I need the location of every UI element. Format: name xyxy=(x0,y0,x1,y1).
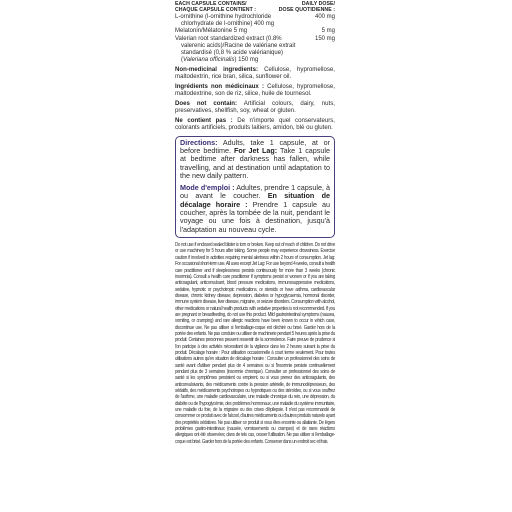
ingredient-name: Melatonin/Mélatonine 5 mg xyxy=(175,28,322,35)
does-not-contain: Does not contain: Artificial colours, da… xyxy=(175,101,335,115)
ingredient-name: L-ornithine (l-ornithine hydrochloride xyxy=(175,14,315,21)
ingredient-dose: 150 mg xyxy=(315,36,335,43)
ne-contient-pas: Ne contient pas : De n'importe quel cons… xyxy=(175,118,335,132)
ingredient-name: Valerian root standardized extract (0.8% xyxy=(175,36,315,43)
header-left: EACH CAPSULE CONTAINS/ CHAQUE CAPSULE CO… xyxy=(175,1,256,13)
ingredient-name-continued: valerenic acids)/Racine de valériane ext… xyxy=(175,43,335,50)
header-right: DAILY DOSE/ DOSE QUOTIDIENNE : xyxy=(279,1,335,13)
header-dose-quotidienne: DOSE QUOTIDIENNE : xyxy=(279,7,335,13)
supplement-label: EACH CAPSULE CONTAINS/ CHAQUE CAPSULE CO… xyxy=(175,0,335,445)
ingredient-name-continued: standardisé (0,8 % acide valérianique) xyxy=(175,50,335,57)
ingredient-row-ornithine: L-ornithine (l-ornithine hydrochloride 4… xyxy=(175,14,335,28)
ingredient-dose: 400 mg xyxy=(315,14,335,21)
header-chaque-capsule-contient: CHAQUE CAPSULE CONTIENT : xyxy=(175,7,256,13)
directions-box: Directions: Adults, take 1 capsule, at o… xyxy=(175,136,335,238)
latin-name-suffix: ) 150 mg xyxy=(234,57,258,63)
ingredient-dose: 5 mg xyxy=(322,28,335,35)
warnings-text: Do not use if enclosed sealed blister is… xyxy=(175,242,335,445)
non-medicinal-en: Non-medicinal ingredients: Cellulose, hy… xyxy=(175,67,335,81)
ingredient-latin-name: (Valeriana officinalis) 150 mg xyxy=(175,57,335,64)
non-medicinal-fr: Ingrédients non médicinaux : Cellulose, … xyxy=(175,84,335,98)
directions-en: Directions: Adults, take 1 capsule, at o… xyxy=(180,139,330,181)
ingredients-header: EACH CAPSULE CONTAINS/ CHAQUE CAPSULE CO… xyxy=(175,0,335,13)
directions-fr: Mode d'emploi : Adultes, prendre 1 capsu… xyxy=(180,184,330,234)
ingredient-row-valerian: Valerian root standardized extract (0.8%… xyxy=(175,36,335,65)
latin-name: Valeriana officinalis xyxy=(183,57,234,63)
ingredient-row-melatonin: Melatonin/Mélatonine 5 mg 5 mg xyxy=(175,28,335,35)
ingredient-list: L-ornithine (l-ornithine hydrochloride 4… xyxy=(175,14,335,64)
ingredient-name-continued: chlorhydrate de l-ornithine) 400 mg xyxy=(175,21,335,28)
